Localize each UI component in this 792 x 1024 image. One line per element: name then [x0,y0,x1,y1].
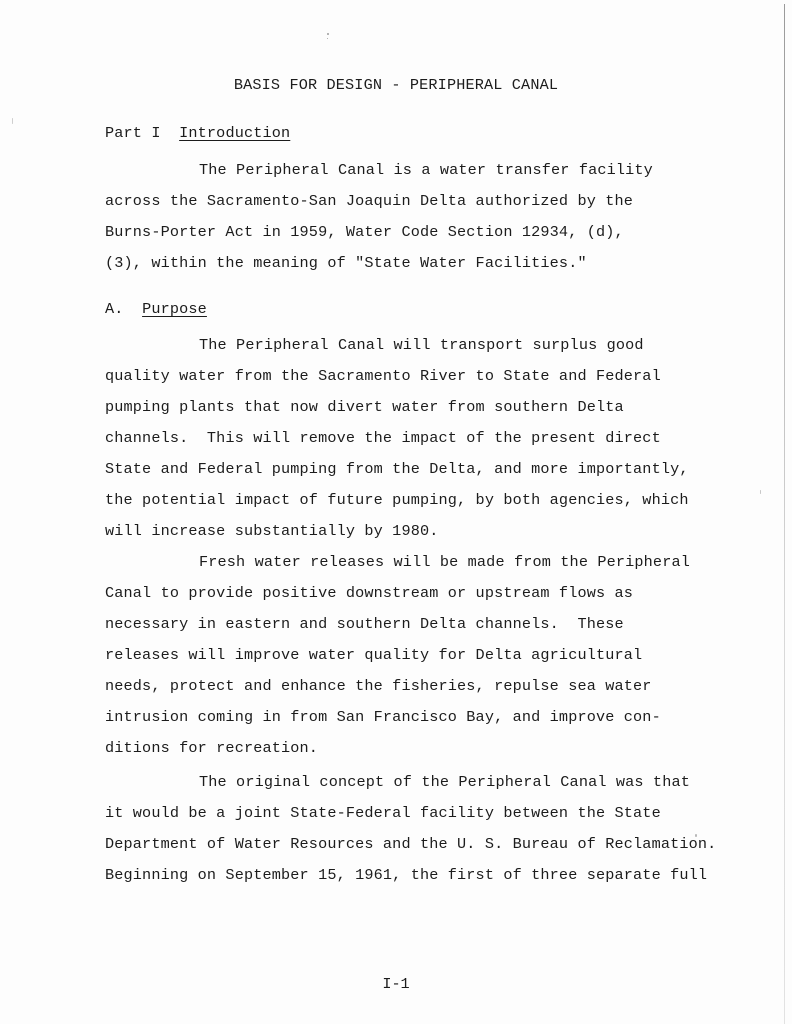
page-number: I-1 [0,975,792,993]
paragraph-line: State and Federal pumping from the Delta… [105,460,689,478]
paragraph-line: Fresh water releases will be made from t… [105,553,690,571]
paragraph-line: will increase substantially by 1980. [105,522,439,540]
document-title: BASIS FOR DESIGN - PERIPHERAL CANAL [0,76,792,94]
paragraph-line: releases will improve water quality for … [105,646,642,664]
document-page: BASIS FOR DESIGN - PERIPHERAL CANAL Part… [0,0,792,1024]
paragraph-line: needs, protect and enhance the fisheries… [105,677,652,695]
paragraph-line: necessary in eastern and southern Delta … [105,615,624,633]
paragraph-line: The Peripheral Canal will transport surp… [105,336,644,354]
paragraph-line: quality water from the Sacramento River … [105,367,661,385]
part-label: Part I [105,124,161,142]
paragraph-line: Beginning on September 15, 1961, the fir… [105,866,707,884]
scan-speck [327,38,328,39]
paragraph-line: it would be a joint State-Federal facili… [105,804,661,822]
section-a-heading: A. Purpose [105,300,207,318]
paragraph-line: Canal to provide positive downstream or … [105,584,633,602]
section-letter: A. [105,300,124,318]
paragraph-line: Burns-Porter Act in 1959, Water Code Sec… [105,223,624,241]
paragraph-line: ditions for recreation. [105,739,318,757]
paragraph-line: across the Sacramento-San Joaquin Delta … [105,192,633,210]
paragraph-line: pumping plants that now divert water fro… [105,398,624,416]
scan-speck [695,834,697,837]
section-heading-title: Purpose [142,300,207,318]
paragraph-line: channels. This will remove the impact of… [105,429,661,447]
paragraph-line: the potential impact of future pumping, … [105,491,689,509]
paragraph-line: The Peripheral Canal is a water transfer… [105,161,653,179]
scan-speck [760,490,761,494]
scan-speck [12,118,13,124]
paragraph-line: Department of Water Resources and the U.… [105,835,716,853]
scan-edge-line [784,4,785,1024]
paragraph-line: intrusion coming in from San Francisco B… [105,708,661,726]
part-heading-title: Introduction [179,124,290,142]
document-title-text: BASIS FOR DESIGN - PERIPHERAL CANAL [234,76,558,94]
paragraph-line: (3), within the meaning of "State Water … [105,254,587,272]
paragraph-line: The original concept of the Peripheral C… [105,773,690,791]
scan-speck [327,33,329,35]
part-heading: Part I Introduction [105,124,290,142]
